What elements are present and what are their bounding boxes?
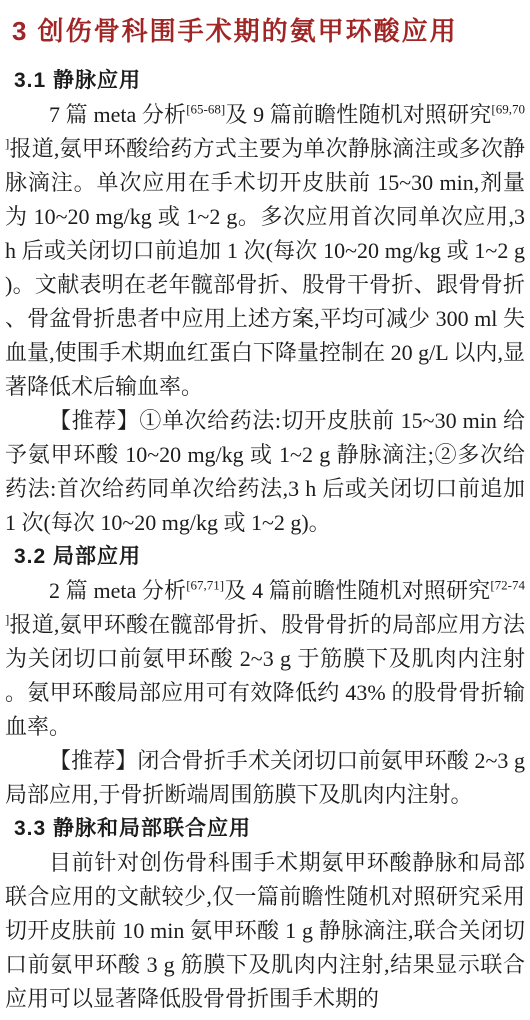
text-run: 报道,氨甲环酸在髋部骨折、股骨骨折的局部应用方法为关闭切口前氨甲环酸 2~3 g… bbox=[5, 612, 525, 739]
section-body: 7 篇 meta 分析[65-68]及 9 篇前瞻性随机对照研究[69,70]报… bbox=[0, 98, 530, 540]
text-run: 【推荐】闭合骨折手术关闭切口前氨甲环酸 2~3 g 局部应用,于骨折断端周围筋膜… bbox=[5, 748, 525, 807]
paragraph: 2 篇 meta 分析[67,71]及 4 篇前瞻性随机对照研究[72-74]报… bbox=[0, 574, 530, 744]
text-run: 报道,氨甲环酸给药方式主要为单次静脉滴注或多次静脉滴注。单次应用在手术切开皮肤前… bbox=[5, 136, 525, 399]
citation-superscript: [67,71] bbox=[186, 578, 224, 593]
text-run: 及 9 篇前瞻性随机对照研究 bbox=[225, 102, 491, 127]
document-page: 3 创伤骨科围手术期的氨甲环酸应用 3.1 静脉应用 7 篇 meta 分析[6… bbox=[0, 0, 530, 1020]
text-run: 7 篇 meta 分析 bbox=[49, 102, 186, 127]
citation-superscript: [65-68] bbox=[186, 102, 225, 117]
text-run: 目前针对创伤骨科围手术期氨甲环酸静脉和局部联合应用的文献较少,仅一篇前瞻性随机对… bbox=[5, 850, 525, 1011]
chapter-heading: 3 创伤骨科围手术期的氨甲环酸应用 bbox=[12, 14, 530, 48]
text-run: 2 篇 meta 分析 bbox=[49, 578, 186, 603]
section-title: 3.3 静脉和局部联合应用 bbox=[14, 814, 530, 844]
paragraph: 【推荐】①单次给药法:切开皮肤前 15~30 min 给予氨甲环酸 10~20 … bbox=[0, 404, 530, 540]
paragraph: 7 篇 meta 分析[65-68]及 9 篇前瞻性随机对照研究[69,70]报… bbox=[0, 98, 530, 404]
section-body: 2 篇 meta 分析[67,71]及 4 篇前瞻性随机对照研究[72-74]报… bbox=[0, 574, 530, 812]
section-body: 目前针对创伤骨科围手术期氨甲环酸静脉和局部联合应用的文献较少,仅一篇前瞻性随机对… bbox=[0, 846, 530, 1016]
paragraph: 【推荐】闭合骨折手术关闭切口前氨甲环酸 2~3 g 局部应用,于骨折断端周围筋膜… bbox=[0, 744, 530, 812]
section: 3.2 局部应用 2 篇 meta 分析[67,71]及 4 篇前瞻性随机对照研… bbox=[0, 542, 530, 812]
section-title: 3.1 静脉应用 bbox=[14, 66, 530, 96]
section: 3.3 静脉和局部联合应用 目前针对创伤骨科围手术期氨甲环酸静脉和局部联合应用的… bbox=[0, 814, 530, 1016]
text-run: 及 4 篇前瞻性随机对照研究 bbox=[224, 578, 490, 603]
sections-container: 3.1 静脉应用 7 篇 meta 分析[65-68]及 9 篇前瞻性随机对照研… bbox=[0, 66, 530, 1016]
text-run: 【推荐】①单次给药法:切开皮肤前 15~30 min 给予氨甲环酸 10~20 … bbox=[5, 408, 525, 535]
paragraph: 目前针对创伤骨科围手术期氨甲环酸静脉和局部联合应用的文献较少,仅一篇前瞻性随机对… bbox=[0, 846, 530, 1016]
section-title: 3.2 局部应用 bbox=[14, 542, 530, 572]
section: 3.1 静脉应用 7 篇 meta 分析[65-68]及 9 篇前瞻性随机对照研… bbox=[0, 66, 530, 540]
